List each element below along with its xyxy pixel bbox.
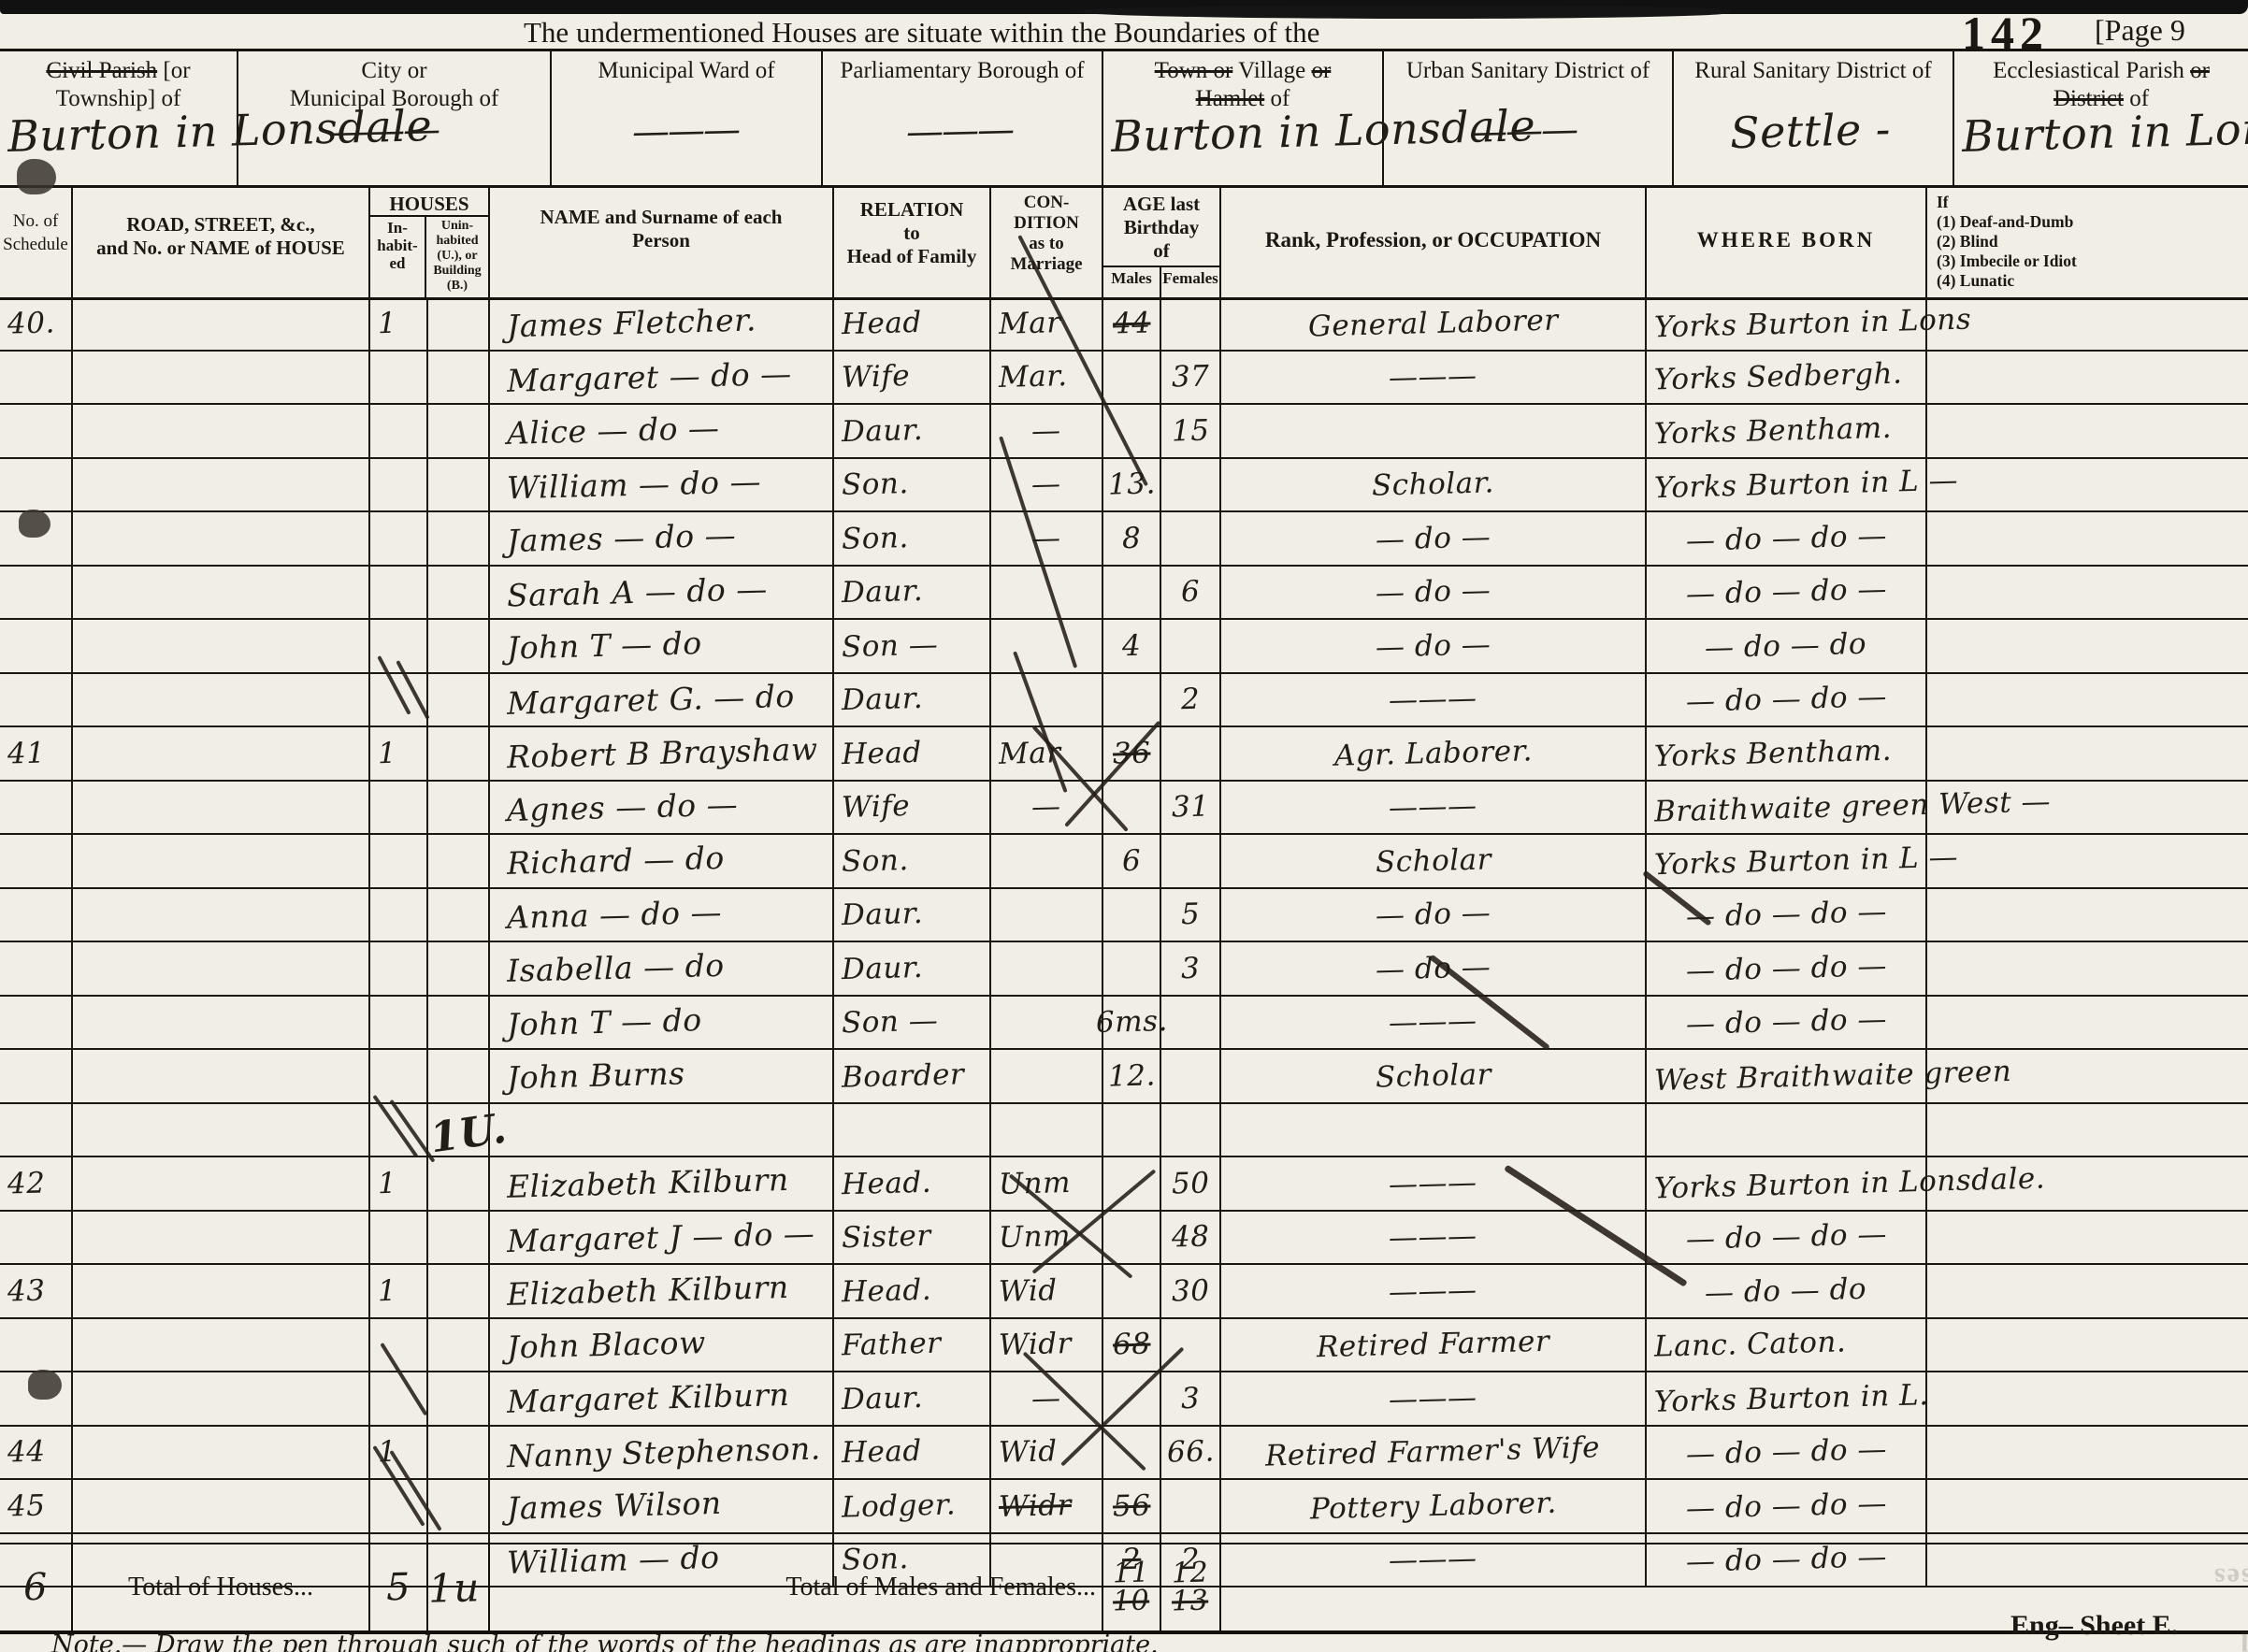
header-road: ROAD, STREET, &c., and No. or NAME of HO… xyxy=(73,185,370,297)
table-row: 411Robert B BrayshawHeadMar36Agr. Labore… xyxy=(0,727,2248,782)
cell-dis xyxy=(1927,1372,2248,1425)
cell-dis xyxy=(1927,1212,2248,1264)
handwritten-entry: 4 xyxy=(1121,628,1141,663)
handwritten-entry: 1 xyxy=(378,1166,397,1200)
cell-born: Yorks Sedbergh. xyxy=(1647,352,1927,404)
handwritten-entry: Head. xyxy=(842,1272,932,1309)
handwritten-entry: 6 xyxy=(1180,575,1200,610)
cell-rel: Wife xyxy=(834,352,991,404)
handwritten-entry: Yorks Burton in L — xyxy=(1654,840,1959,882)
handwritten-entry: — xyxy=(1031,413,1061,448)
handwritten-entry: 6 xyxy=(1121,843,1141,878)
cell-cond xyxy=(991,674,1103,726)
handwritten-entry: ——— xyxy=(1389,1273,1477,1309)
table-row: Margaret — do —WifeMar.37———Yorks Sedber… xyxy=(0,352,2248,406)
handwritten-entry: Yorks Burton in Lons xyxy=(1654,302,1972,344)
cell-male xyxy=(1103,1212,1161,1264)
cell-occ: ——— xyxy=(1221,782,1647,834)
handwritten-entry: ——— xyxy=(1389,1004,1477,1040)
cell-occ: — do — xyxy=(1221,620,1647,672)
handwritten-entry: 30 xyxy=(1171,1273,1209,1308)
cell-road xyxy=(73,459,370,511)
cell-rel: Boarder xyxy=(834,1050,991,1102)
municipal-ward-value: ——— xyxy=(632,108,740,154)
handwritten-entry: Anna — do — xyxy=(497,894,723,936)
table-row: Margaret J — do —SisterUnm48———— do — do… xyxy=(0,1212,2248,1266)
cell-occ: Retired Farmer xyxy=(1221,1319,1647,1372)
cell-occ xyxy=(1221,405,1647,457)
cell-sched xyxy=(0,1104,73,1156)
table-row: James — do —Son.—8— do —— do — do — xyxy=(0,512,2248,567)
handwritten-entry: John Blacow xyxy=(497,1324,707,1366)
handwritten-entry: Head. xyxy=(842,1165,932,1201)
cell-road xyxy=(73,1265,370,1317)
cell-male xyxy=(1103,942,1161,995)
cell-uninh xyxy=(428,1319,490,1372)
handwritten-entry: ——— xyxy=(1389,682,1477,717)
handwritten-entry: Son. xyxy=(842,843,910,879)
cell-inh xyxy=(370,1050,428,1102)
rural-sanitary-value: Settle - xyxy=(1729,104,1891,158)
handwritten-entry: 48 xyxy=(1171,1220,1209,1255)
header-where-born: WHERE BORN xyxy=(1647,185,1927,297)
cell-occ: — do — xyxy=(1221,567,1647,619)
cell-born: West Braithwaite green xyxy=(1647,1050,1927,1102)
total-inhabited: 5 xyxy=(370,1544,428,1630)
table-row: Isabella — doDaur.3— do —— do — do — xyxy=(0,942,2248,997)
cell-rel: Daur. xyxy=(834,1372,991,1425)
handwritten-entry: — do — xyxy=(1375,574,1491,611)
handwritten-entry: 1U. xyxy=(427,1104,510,1162)
cell-sched xyxy=(0,1050,73,1102)
cell-rel: Father xyxy=(834,1319,991,1372)
cell-road xyxy=(73,889,370,941)
cell-male: 6 xyxy=(1103,835,1161,887)
handwritten-entry: — do — do — xyxy=(1685,572,1887,611)
handwritten-entry: — do — do — xyxy=(1685,895,1887,934)
handwritten-entry: James — do — xyxy=(497,517,737,560)
handwritten-entry: John T — do xyxy=(497,625,703,667)
urban-sanitary-label: Urban Sanitary District of xyxy=(1384,57,1672,85)
cell-occ: Agr. Laborer. xyxy=(1221,727,1647,780)
handwritten-entry: Isabella — do xyxy=(497,947,726,989)
cell-dis xyxy=(1927,1265,2248,1317)
handwritten-entry: 2 xyxy=(1180,682,1200,717)
municipal-ward-label: Municipal Ward of xyxy=(552,57,821,85)
handwritten-entry: — do — xyxy=(1375,627,1491,664)
cell-road xyxy=(73,1427,370,1479)
cell-inh: 1 xyxy=(370,297,428,350)
cell-female xyxy=(1161,727,1221,780)
cell-name: James Wilson xyxy=(490,1480,834,1532)
cell-road xyxy=(73,567,370,619)
cell-sched: 42 xyxy=(0,1157,73,1210)
cell-born: Yorks Burton in L — xyxy=(1647,835,1927,887)
cell-uninh xyxy=(428,1427,490,1479)
handwritten-entry: 3 xyxy=(1180,1381,1200,1415)
handwritten-entry: Son. xyxy=(842,521,910,556)
total-males-females-label: Total of Males and Females... xyxy=(490,1573,1102,1602)
cell-road xyxy=(73,674,370,726)
cell-female: 48 xyxy=(1161,1212,1221,1264)
cell-female xyxy=(1161,512,1221,565)
handwritten-entry: 1 xyxy=(378,1273,397,1308)
handwritten-entry: — do — do xyxy=(1705,1271,1867,1310)
handwritten-entry: Father xyxy=(842,1327,942,1363)
cell-male xyxy=(1103,889,1161,941)
cell-rel: Sister xyxy=(834,1212,991,1264)
cell-road xyxy=(73,1480,370,1532)
cell-rel: Son — xyxy=(834,997,991,1049)
cell-rel xyxy=(834,1104,991,1156)
cell-male: 8 xyxy=(1103,512,1161,565)
cell-road xyxy=(73,942,370,995)
rural-sanitary-label: Rural Sanitary District of xyxy=(1674,57,1953,85)
cell-sched xyxy=(0,782,73,834)
cell-female xyxy=(1161,459,1221,511)
cell-born xyxy=(1647,1104,1927,1156)
cell-dis xyxy=(1927,405,2248,457)
handwritten-entry: Head xyxy=(842,736,923,771)
cell-dis xyxy=(1927,727,2248,780)
handwritten-entry: Daur. xyxy=(842,897,924,932)
cell-name: John Blacow xyxy=(490,1319,834,1372)
cell-road xyxy=(73,1319,370,1372)
handwritten-entry: Elizabeth Kilburn xyxy=(497,1161,790,1205)
cell-female: 37 xyxy=(1161,352,1221,404)
cell-inh: 1 xyxy=(370,727,428,780)
cell-rel: Daur. xyxy=(834,567,991,619)
cell-rel: Head. xyxy=(834,1157,991,1210)
cell-road xyxy=(73,297,370,350)
cell-name: Margaret G. — do xyxy=(490,674,834,726)
cell-born: — do — do — xyxy=(1647,1427,1927,1479)
total-males-females-label-cell: Total of Males and Females... xyxy=(490,1544,1103,1630)
header-relation: RELATION to Head of Family xyxy=(834,185,991,297)
cell-cond xyxy=(991,889,1103,941)
handwritten-entry: Lodger. xyxy=(842,1487,957,1524)
cell-male: 44 xyxy=(1103,297,1161,350)
cell-occ: Scholar xyxy=(1221,835,1647,887)
cell-sched xyxy=(0,942,73,995)
cell-name: William — do — xyxy=(490,459,834,511)
handwritten-entry: — xyxy=(1031,790,1061,825)
handwritten-entry: Mar xyxy=(999,306,1061,341)
cell-uninh xyxy=(428,727,490,780)
cell-born: Yorks Burton in Lonsdale. xyxy=(1647,1157,1927,1210)
parliamentary-borough-cell: Parliamentary Borough of ——— xyxy=(823,51,1103,185)
cell-dis xyxy=(1927,1319,2248,1372)
cell-sched xyxy=(0,674,73,726)
handwritten-entry: Daur. xyxy=(842,413,924,449)
handwritten-entry: 6ms. xyxy=(1095,1004,1168,1040)
handwritten-entry: Wid xyxy=(999,1434,1058,1470)
cell-occ: ——— xyxy=(1221,997,1647,1049)
cell-male xyxy=(1103,567,1161,619)
cell-dis xyxy=(1927,620,2248,672)
cell-name: Margaret — do — xyxy=(490,352,834,404)
cell-uninh xyxy=(428,997,490,1049)
handwritten-entry: 15 xyxy=(1171,413,1209,448)
total-schedule: 6 xyxy=(0,1544,73,1630)
handwritten-entry: 44 xyxy=(1112,306,1150,340)
cell-cond: Widr xyxy=(991,1319,1103,1372)
handwritten-entry: 40. xyxy=(7,306,56,340)
handwritten-entry: Son — xyxy=(842,1004,939,1041)
cell-rel: Head xyxy=(834,727,991,780)
cell-name: Margaret Kilburn xyxy=(490,1372,834,1425)
cell-female xyxy=(1161,1104,1221,1156)
cell-name: Elizabeth Kilburn xyxy=(490,1157,834,1210)
cell-cond xyxy=(991,1104,1103,1156)
cell-female xyxy=(1161,835,1221,887)
cell-female: 5 xyxy=(1161,889,1221,941)
cell-male: 4 xyxy=(1103,620,1161,672)
cell-sched xyxy=(0,1212,73,1264)
cell-female xyxy=(1161,620,1221,672)
cell-rel: Daur. xyxy=(834,674,991,726)
handwritten-entry: ——— xyxy=(1389,789,1477,825)
handwritten-entry: Margaret J — do — xyxy=(497,1214,815,1259)
cell-road xyxy=(73,1104,370,1156)
sheet-label: Eng– Sheet E. xyxy=(2010,1610,2178,1642)
cell-born: Yorks Burton in L — xyxy=(1647,459,1927,511)
cell-sched xyxy=(0,567,73,619)
handwritten-entry: — xyxy=(1031,467,1061,502)
cell-uninh xyxy=(428,782,490,834)
handwritten-entry: 44 xyxy=(7,1435,46,1470)
cell-born: Lanc. Caton. xyxy=(1647,1319,1927,1372)
handwritten-entry: General Laborer xyxy=(1307,303,1558,343)
cell-rel: Daur. xyxy=(834,889,991,941)
cell-dis xyxy=(1927,567,2248,619)
cell-born: — do — do — xyxy=(1647,1480,1927,1532)
handwritten-entry: Margaret — do — xyxy=(497,355,792,399)
rural-sanitary-cell: Rural Sanitary District of Settle - xyxy=(1674,51,1954,185)
table-row: John T — doSon —6ms.———— do — do — xyxy=(0,997,2248,1051)
cell-sched xyxy=(0,620,73,672)
cell-dis xyxy=(1927,1050,2248,1102)
cell-rel: Head xyxy=(834,297,991,350)
table-row: Anna — do —Daur.5— do —— do — do — xyxy=(0,889,2248,943)
handwritten-entry: Yorks Sedbergh. xyxy=(1654,357,1903,397)
cell-rel: Son. xyxy=(834,835,991,887)
cell-uninh xyxy=(428,674,490,726)
cell-inh xyxy=(370,835,428,887)
handwritten-entry: Retired Farmer's Wife xyxy=(1265,1431,1601,1473)
cell-uninh xyxy=(428,1212,490,1264)
header-age-group: AGE last Birthday of Males Females xyxy=(1103,185,1221,297)
handwritten-entry: Margaret G. — do xyxy=(497,678,796,722)
cell-female: 30 xyxy=(1161,1265,1221,1317)
handwritten-entry: Son — xyxy=(842,627,939,664)
total-males: 1110 xyxy=(1103,1544,1161,1630)
cell-dis xyxy=(1927,297,2248,350)
footnote: Note.— Draw the pen through such of the … xyxy=(51,1630,1159,1652)
handwritten-entry: 1 xyxy=(378,306,397,340)
handwritten-entry: Scholar xyxy=(1375,1057,1491,1094)
cell-inh xyxy=(370,782,428,834)
cell-female: 3 xyxy=(1161,942,1221,995)
cell-inh xyxy=(370,352,428,404)
cell-female xyxy=(1161,1480,1221,1532)
table-row: John BurnsBoarder12.ScholarWest Braithwa… xyxy=(0,1050,2248,1104)
ink-blot xyxy=(17,159,56,194)
cell-uninh xyxy=(428,1372,490,1425)
cell-road xyxy=(73,512,370,565)
cell-road xyxy=(73,1157,370,1210)
cell-born: — do — do — xyxy=(1647,567,1927,619)
cell-rel: Head. xyxy=(834,1265,991,1317)
handwritten-entry: Daur. xyxy=(842,1381,924,1416)
cell-dis xyxy=(1927,674,2248,726)
cell-name: John Burns xyxy=(490,1050,834,1102)
cell-dis xyxy=(1927,889,2248,941)
cell-sched xyxy=(0,889,73,941)
cell-inh xyxy=(370,889,428,941)
cell-inh xyxy=(370,459,428,511)
handwritten-entry: — do — do — xyxy=(1685,519,1887,558)
header-disability: If (1) Deaf-and-Dumb (2) Blind (3) Imbec… xyxy=(1927,185,2248,297)
handwritten-entry: Wife xyxy=(842,789,911,825)
handwritten-entry: — do — do — xyxy=(1685,680,1887,719)
cell-uninh xyxy=(428,1265,490,1317)
ecclesiastical-parish-cell: Ecclesiastical Parish orDistrict of Burt… xyxy=(1954,51,2248,185)
cell-occ: ——— xyxy=(1221,1372,1647,1425)
handwritten-entry: Yorks Burton in L. xyxy=(1654,1378,1929,1419)
cell-inh xyxy=(370,997,428,1049)
cell-occ: — do — xyxy=(1221,512,1647,565)
cell-uninh xyxy=(428,352,490,404)
handwritten-entry: 1 xyxy=(378,736,397,770)
cell-sched xyxy=(0,1319,73,1372)
handwritten-entry: — do — xyxy=(1375,520,1491,556)
cell-cond: Unm xyxy=(991,1157,1103,1210)
handwritten-entry: Richard — do xyxy=(497,840,726,882)
cell-name: John T — do xyxy=(490,620,834,672)
handwritten-entry: 50 xyxy=(1171,1166,1209,1200)
cell-uninh xyxy=(428,942,490,995)
cell-female: 66. xyxy=(1161,1427,1221,1479)
cell-sched xyxy=(0,835,73,887)
handwritten-entry: Pottery Laborer. xyxy=(1309,1486,1557,1526)
cell-dis xyxy=(1927,352,2248,404)
cell-road xyxy=(73,727,370,780)
handwritten-entry: Nanny Stephenson. xyxy=(497,1429,822,1474)
header-females: Females xyxy=(1161,267,1219,297)
cell-rel: Wife xyxy=(834,782,991,834)
cell-cond: — xyxy=(991,512,1103,565)
cell-male: 56 xyxy=(1103,1480,1161,1532)
cell-dis xyxy=(1927,942,2248,995)
cell-occ: Retired Farmer's Wife xyxy=(1221,1427,1647,1479)
cell-born: — do — do xyxy=(1647,1265,1927,1317)
cell-sched: 40. xyxy=(0,297,73,350)
cell-inh xyxy=(370,942,428,995)
total-females: 1213 xyxy=(1161,1544,1221,1630)
cell-male xyxy=(1103,782,1161,834)
cell-inh: 1 xyxy=(370,1157,428,1210)
cell-name: Margaret J — do — xyxy=(490,1212,834,1264)
handwritten-entry: Yorks Burton in L — xyxy=(1654,464,1959,505)
cell-cond: Widr xyxy=(991,1480,1103,1532)
cell-dis xyxy=(1927,512,2248,565)
handwritten-entry: — do — do xyxy=(1705,626,1867,665)
cell-born: — do — do — xyxy=(1647,674,1927,726)
cell-occ: General Laborer xyxy=(1221,297,1647,350)
cell-inh xyxy=(370,1372,428,1425)
handwritten-entry: Wife xyxy=(842,359,911,395)
handwritten-entry: James Wilson xyxy=(497,1485,723,1527)
cell-female: 50 xyxy=(1161,1157,1221,1210)
cell-dis xyxy=(1927,835,2248,887)
cell-born: — do — do — xyxy=(1647,889,1927,941)
cell-sched xyxy=(0,405,73,457)
cell-name: Anna — do — xyxy=(490,889,834,941)
census-page: The undermentioned Houses are situate wi… xyxy=(0,0,2248,1652)
cell-born: Yorks Bentham. xyxy=(1647,405,1927,457)
handwritten-entry: — do — do — xyxy=(1685,1487,1887,1526)
parliamentary-borough-value: ——— xyxy=(906,108,1014,154)
table-row: John BlacowFatherWidr68Retired FarmerLan… xyxy=(0,1319,2248,1373)
cell-sched xyxy=(0,459,73,511)
cell-rel: Head xyxy=(834,1427,991,1479)
cell-name: Robert B Brayshaw xyxy=(490,727,834,780)
handwritten-entry: 41 xyxy=(7,736,46,770)
cell-name: Sarah A — do — xyxy=(490,567,834,619)
cell-name: James — do — xyxy=(490,512,834,565)
cell-inh xyxy=(370,1319,428,1372)
cell-female: 6 xyxy=(1161,567,1221,619)
town-village-cell: Town or Village orHamlet of Burton in Lo… xyxy=(1103,51,1384,185)
cell-occ: Scholar xyxy=(1221,1050,1647,1102)
header-males: Males xyxy=(1103,267,1161,297)
header-occupation: Rank, Profession, or OCCUPATION xyxy=(1221,185,1647,297)
ghost-stamp: Total of Houses xyxy=(2212,1561,2248,1652)
cell-uninh: 1U. xyxy=(428,1104,490,1156)
cell-born: — do — do — xyxy=(1647,1212,1927,1264)
table-row: Alice — do —Daur.—15Yorks Bentham. xyxy=(0,405,2248,459)
cell-dis xyxy=(1927,782,2248,834)
cell-male xyxy=(1103,1157,1161,1210)
handwritten-entry: Yorks Bentham. xyxy=(1654,733,1893,773)
cell-sched: 43 xyxy=(0,1265,73,1317)
header-uninhabited: Unin- habited (U.), or Building (B.) xyxy=(426,217,488,297)
table-row: 441Nanny Stephenson.HeadWid66.Retired Fa… xyxy=(0,1427,2248,1481)
header-name: NAME and Surname of each Person xyxy=(490,185,834,297)
cell-male xyxy=(1103,1104,1161,1156)
cell-born: Yorks Burton in L. xyxy=(1647,1372,1927,1425)
cell-cond xyxy=(991,835,1103,887)
cell-name: John T — do xyxy=(490,997,834,1049)
handwritten-entry: Wid xyxy=(999,1273,1058,1309)
cell-born: Yorks Bentham. xyxy=(1647,727,1927,780)
cell-name: Nanny Stephenson. xyxy=(490,1427,834,1479)
handwritten-entry: Scholar. xyxy=(1372,467,1495,503)
cell-male xyxy=(1103,1265,1161,1317)
cell-uninh xyxy=(428,459,490,511)
handwritten-entry: Daur. xyxy=(842,682,924,717)
cell-cond xyxy=(991,1050,1103,1102)
cell-male: 68 xyxy=(1103,1319,1161,1372)
handwritten-entry: 12. xyxy=(1107,1058,1156,1093)
cell-born: — do — do — xyxy=(1647,997,1927,1049)
cell-female xyxy=(1161,997,1221,1049)
cell-rel: Son — xyxy=(834,620,991,672)
cell-male: 13. xyxy=(1103,459,1161,511)
cell-rel: Lodger. xyxy=(834,1480,991,1532)
handwritten-entry: Boarder xyxy=(842,1057,965,1094)
